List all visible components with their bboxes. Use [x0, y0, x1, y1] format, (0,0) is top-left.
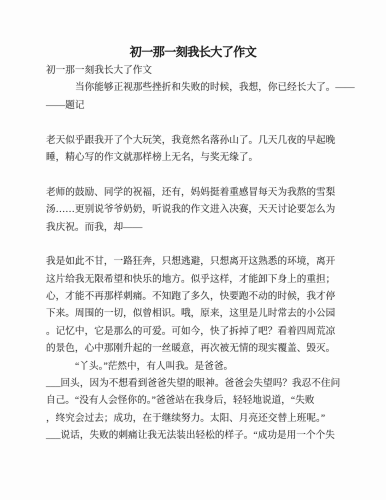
text-line: 自己。“没有人会怪你的。”爸爸站在我身后，轻轻地说道，“失败 — [46, 392, 348, 409]
text-line: 的景色，心中那刚升起的一丝暖意，再次被无情的现实覆盖、毁灭。 — [46, 340, 348, 357]
page-title: 初一那一刻我长大了作文 — [0, 0, 386, 60]
text-line: 汤……更别说爷爷奶奶，听说我的作文进入决赛，天天讨论要怎么为 — [46, 201, 348, 218]
document-body: 初一那一刻我长大了作文当你能够正视那些挫折和失败的时候，我想，你已经长大了。——… — [0, 62, 386, 445]
text-line: ___回头，因为不想看到爸爸失望的眼神。爸爸会失望吗？我忍不住问 — [46, 375, 348, 392]
text-line: 这片给我无限希望和快乐的地方。似乎这样，才能卸下身上的重担； — [46, 271, 348, 288]
text-line: 。记忆中，它是那么的可爱。可如今，快了拆掉了吧？看着四周荒凉 — [46, 323, 348, 340]
text-line: 我庆祝。而我，却—— — [46, 219, 348, 236]
text-line: 我是如此不甘，一路狂奔，只想逃避，只想离开这熟悉的环境，离开 — [46, 253, 348, 270]
text-line: ，终究会过去；成功，在于继续努力。太阳、月亮还交替上班呢。” — [46, 410, 348, 427]
text-line: 当你能够正视那些挫折和失败的时候，我想，你已经长大了。—— — [46, 79, 348, 96]
text-line: 下来。周围的一切，似曾相识。哦，原来，这里是儿时常去的小公园 — [46, 305, 348, 322]
text-line: 心，才能不再那样刺痛。不知跑了多久，快要跑不动的时候，我才停 — [46, 288, 348, 305]
text-line: “丫头。”茫然中，有人叫我。是爸爸。 — [46, 358, 348, 375]
text-line: 老师的鼓励、同学的祝福，还有，妈妈挺着重感冒每天为我熬的雪梨 — [46, 184, 348, 201]
blank-line — [46, 166, 348, 183]
text-line: 睡，精心写的作文就那样榜上无名，与奖无缘了。 — [46, 149, 348, 166]
text-line: ——题记 — [46, 97, 348, 114]
text-line: 初一那一刻我长大了作文 — [46, 62, 348, 79]
document-page: 初一那一刻我长大了作文 初一那一刻我长大了作文当你能够正视那些挫折和失败的时候，… — [0, 0, 386, 500]
blank-line — [46, 114, 348, 131]
blank-line — [46, 236, 348, 253]
text-line: 老天似乎跟我开了个大玩笑，我竟然名落孙山了。几天几夜的早起晚 — [46, 132, 348, 149]
text-line: ___说话，失败的刺痛让我无法装出轻松的样子。“成功是用一个个失 — [46, 427, 348, 444]
